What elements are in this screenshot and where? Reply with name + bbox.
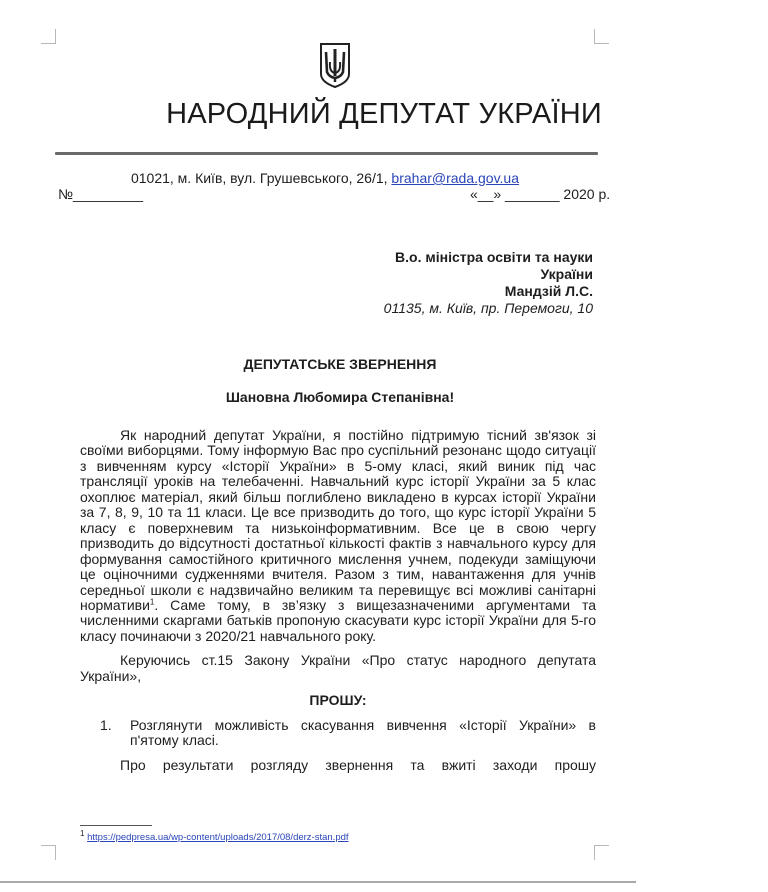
page-corner-mark-bottom-right	[594, 845, 609, 860]
page-corner-mark-bottom-left	[41, 845, 56, 860]
header-divider	[55, 152, 598, 155]
page-corner-mark-top-left	[41, 29, 56, 44]
sender-address: 01021, м. Київ, вул. Грушевського, 26/1,…	[0, 170, 650, 186]
body-paragraph-2: Керуючись ст.15 Закону України «Про стат…	[80, 653, 596, 684]
paragraph-1-text-a: Як народний депутат України, я постійно …	[80, 427, 596, 613]
footnote-link[interactable]: https://pedpresa.ua/wp-content/uploads/2…	[87, 832, 348, 843]
footnote-number: 1	[80, 829, 84, 838]
letter-salutation: Шановна Любомира Степанівна!	[0, 389, 680, 405]
page-title: НАРОДНИЙ ДЕПУТАТ УКРАЇНИ	[0, 98, 768, 131]
body-paragraph-3: Про результати розгляду звернення та вжи…	[80, 758, 596, 773]
footnote-separator	[80, 825, 152, 826]
paragraph-1-text-b: . Саме тому, в зв’язку з вищезазначеними…	[80, 597, 596, 644]
addressee-address: 01135, м. Київ, пр. Перемоги, 10	[384, 300, 593, 317]
letter-heading: ДЕПУТАТСЬКЕ ЗВЕРНЕННЯ	[0, 356, 680, 372]
request-heading: ПРОШУ:	[80, 693, 596, 708]
sender-address-text: 01021, м. Київ, вул. Грушевського, 26/1,	[131, 170, 391, 186]
addressee-name: Мандзій Л.С.	[384, 283, 593, 300]
addressee-country: України	[384, 266, 593, 283]
addressee-block: В.о. міністра освіти та науки України Ма…	[384, 249, 593, 317]
page-corner-mark-top-right	[594, 29, 609, 44]
request-list-item: 1. Розглянути можливість скасування вивч…	[80, 718, 596, 749]
addressee-position: В.о. міністра освіти та науки	[384, 249, 593, 266]
footnote: 1 https://pedpresa.ua/wp-content/uploads…	[80, 832, 349, 843]
body-paragraph-1: Як народний депутат України, я постійно …	[80, 428, 596, 644]
tryzub-coat-of-arms-icon	[318, 42, 352, 88]
request-item-number: 1.	[80, 718, 122, 749]
letter-body: Як народний депутат України, я постійно …	[80, 428, 596, 773]
sender-email-link[interactable]: brahar@rada.gov.ua	[391, 170, 519, 186]
document-number-field: №_________	[58, 186, 143, 202]
page-bottom-edge	[0, 881, 636, 883]
document-date-field: «__» _______ 2020 р.	[470, 186, 610, 202]
request-item-text: Розглянути можливість скасування вивченн…	[122, 718, 596, 749]
